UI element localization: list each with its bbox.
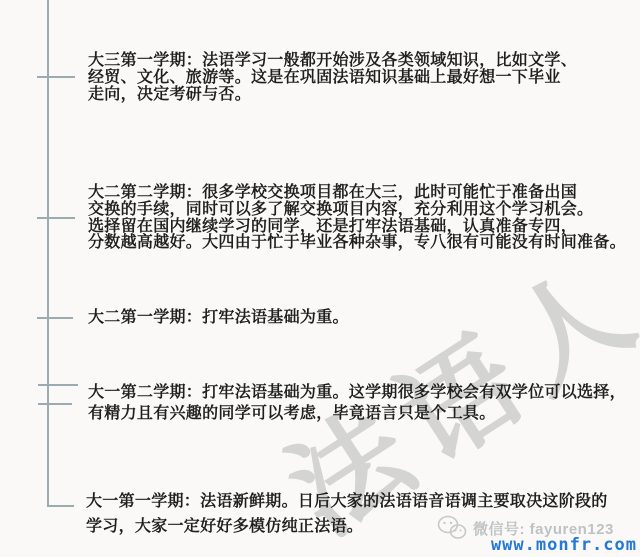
branch-line-sem-2-2 <box>37 217 75 219</box>
semester-block-1-2: 大一第二学期：打牢法语基础为重。这学期很多学校会有双学位可以选择， 有精力且有兴… <box>88 382 626 424</box>
semester-block-2-2: 大二第二学期：很多学校交换项目都在大三，此时可能忙于准备出国 交换的手续，同时可… <box>88 185 626 252</box>
text-line: 大二第二学期：很多学校交换项目都在大三，此时可能忙于准备出国 <box>88 185 626 202</box>
branch-line-sem-1-2-tick <box>38 403 72 405</box>
mindmap-canvas: 法语人 大三第一学期：法语学习一般都开始涉及各类领域知识，比如文学、 经贸、文化… <box>0 0 640 557</box>
text-line: 交换的手续，同时可以多了解交换项目内容，充分利用这个学习机会。 <box>88 202 626 219</box>
text-line: 大一第二学期：打牢法语基础为重。这学期很多学校会有双学位可以选择， <box>88 382 626 403</box>
text-line: 大一第一学期：法语新鲜期。日后大家的法语语音语调主要取决这阶段的 <box>86 489 608 514</box>
text-line: 选择留在国内继续学习的同学，还是打牢法语基础，认真准备专四， <box>88 219 626 236</box>
branch-line-sem-1-2 <box>38 384 78 386</box>
text-line: 经贸、文化、旅游等。这是在巩固法语知识基础上最好想一下毕业 <box>88 70 577 87</box>
text-line: 有精力且有兴趣的同学可以考虑，毕竟语言只是个工具。 <box>88 403 626 424</box>
text-line: 大三第一学期：法语学习一般都开始涉及各类领域知识，比如文学、 <box>88 53 577 70</box>
branch-line-sem-3-1 <box>37 76 75 78</box>
text-line: 走向，决定考研与否。 <box>88 87 577 104</box>
website-url: www.monfr.com <box>491 535 637 555</box>
wechat-icon <box>437 515 467 541</box>
semester-block-3-1: 大三第一学期：法语学习一般都开始涉及各类领域知识，比如文学、 经贸、文化、旅游等… <box>88 53 577 103</box>
branch-line-sem-2-1 <box>37 317 73 319</box>
semester-block-2-1: 大二第一学期：打牢法语基础为重。 <box>88 310 349 327</box>
text-line: 分数越高越好。大四由于忙于毕业各种杂事，专八很有可能没有时间准备。 <box>88 235 626 252</box>
text-line: 大二第一学期：打牢法语基础为重。 <box>88 310 349 327</box>
branch-line-sem-1-1 <box>47 505 74 507</box>
